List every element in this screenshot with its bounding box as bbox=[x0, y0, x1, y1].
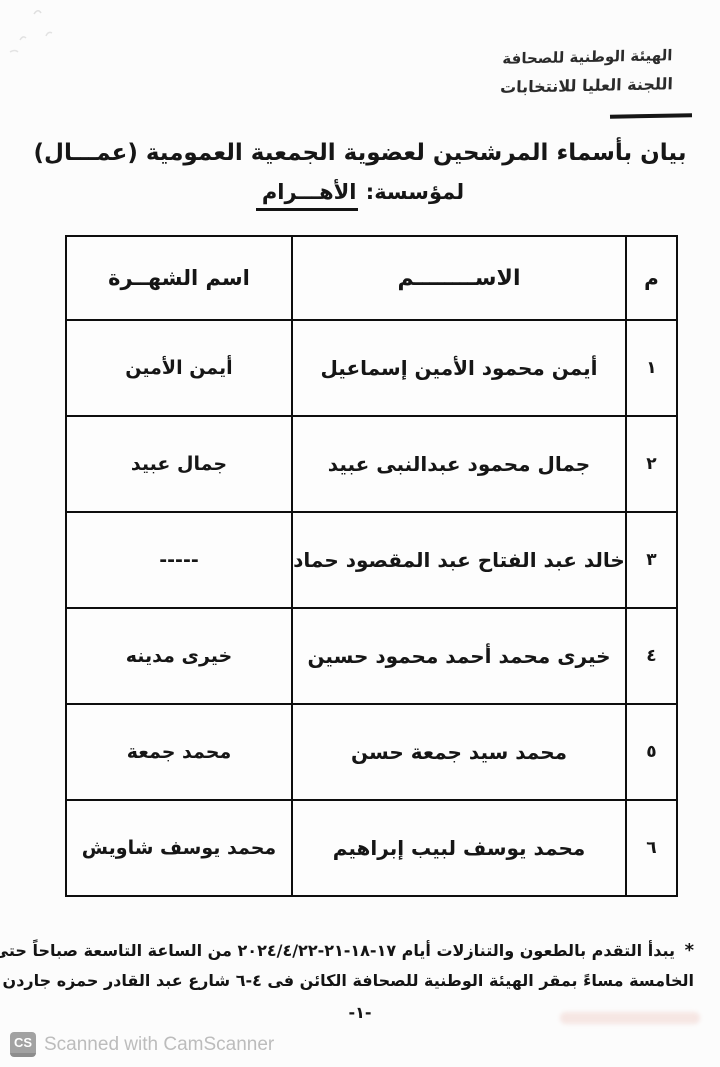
scanned-document-page: الهيئة الوطنية للصحافة اللجنة العليا للا… bbox=[0, 0, 720, 1067]
footnote-text-post: من الساعة التاسعة صباحاً حتى الساعة bbox=[0, 941, 232, 960]
cell-index: ٤ bbox=[626, 608, 677, 704]
cell-name: جمال محمود عبدالنبى عبيد bbox=[292, 416, 626, 512]
cell-name: أيمن محمود الأمين إسماعيل bbox=[292, 320, 626, 416]
document-title: بيان بأسماء المرشحين لعضوية الجمعية العم… bbox=[0, 140, 720, 166]
cell-nickname: محمد يوسف شاويش bbox=[66, 800, 292, 896]
cell-name: خالد عبد الفتاح عبد المقصود حماد bbox=[292, 512, 626, 608]
footnote: * يبدأ التقدم بالطعون والتنازلات أيام ٢٠… bbox=[14, 936, 694, 996]
cell-index: ١ bbox=[626, 320, 677, 416]
table-row: ٣ خالد عبد الفتاح عبد المقصود حماد ----- bbox=[66, 512, 677, 608]
cell-nickname: محمد جمعة bbox=[66, 704, 292, 800]
stamp-underline bbox=[610, 113, 692, 118]
cell-index: ٦ bbox=[626, 800, 677, 896]
table-row: ٥ محمد سيد جمعة حسن محمد جمعة bbox=[66, 704, 677, 800]
authority-stamp: الهيئة الوطنية للصحافة اللجنة العليا للا… bbox=[471, 46, 702, 98]
cell-index: ٣ bbox=[626, 512, 677, 608]
candidates-table: م الاســــــــم اسم الشهــرة ١ أيمن محمو… bbox=[65, 235, 678, 897]
header-name: الاســــــــم bbox=[292, 236, 626, 320]
cell-name: محمد يوسف لبيب إبراهيم bbox=[292, 800, 626, 896]
camscanner-watermark: CS Scanned with CamScanner bbox=[10, 1032, 274, 1057]
cell-index: ٢ bbox=[626, 416, 677, 512]
scan-smudge bbox=[560, 1012, 700, 1024]
stamp-line-authority: الهيئة الوطنية للصحافة bbox=[472, 46, 703, 69]
footnote-line-2: الخامسة مساءً بمقر الهيئة الوطنية للصحاف… bbox=[14, 966, 694, 996]
footnote-dates: ٢٠٢٤/٤/٢٢-٢١-١٨-١٧ bbox=[238, 941, 397, 960]
header-nickname: اسم الشهــرة bbox=[66, 236, 292, 320]
table-row: ١ أيمن محمود الأمين إسماعيل أيمن الأمين bbox=[66, 320, 677, 416]
table-row: ٢ جمال محمود عبدالنبى عبيد جمال عبيد bbox=[66, 416, 677, 512]
cell-nickname: خيرى مدينه bbox=[66, 608, 292, 704]
organization-name: الأهـــرام bbox=[256, 180, 359, 211]
table-header-row: م الاســــــــم اسم الشهــرة bbox=[66, 236, 677, 320]
cell-name: محمد سيد جمعة حسن bbox=[292, 704, 626, 800]
footnote-line-1: * يبدأ التقدم بالطعون والتنازلات أيام ٢٠… bbox=[14, 936, 694, 966]
cell-nickname: أيمن الأمين bbox=[66, 320, 292, 416]
subtitle-prefix: لمؤسسة: bbox=[366, 180, 464, 204]
cell-index: ٥ bbox=[626, 704, 677, 800]
table-row: ٤ خيرى محمد أحمد محمود حسين خيرى مدينه bbox=[66, 608, 677, 704]
header-index: م bbox=[626, 236, 677, 320]
cell-nickname: جمال عبيد bbox=[66, 416, 292, 512]
pencil-marks bbox=[6, 6, 96, 66]
document-subtitle: لمؤسسة: الأهـــرام bbox=[0, 180, 720, 204]
cell-name: خيرى محمد أحمد محمود حسين bbox=[292, 608, 626, 704]
cell-nickname: ----- bbox=[66, 512, 292, 608]
footnote-bullet: * bbox=[685, 940, 694, 961]
table-row: ٦ محمد يوسف لبيب إبراهيم محمد يوسف شاويش bbox=[66, 800, 677, 896]
footnote-text-pre: يبدأ التقدم بالطعون والتنازلات أيام bbox=[402, 941, 675, 960]
camscanner-badge-icon: CS bbox=[10, 1032, 36, 1057]
camscanner-label: Scanned with CamScanner bbox=[44, 1034, 274, 1056]
stamp-line-committee: اللجنة العليا للانتخابات bbox=[471, 74, 702, 98]
